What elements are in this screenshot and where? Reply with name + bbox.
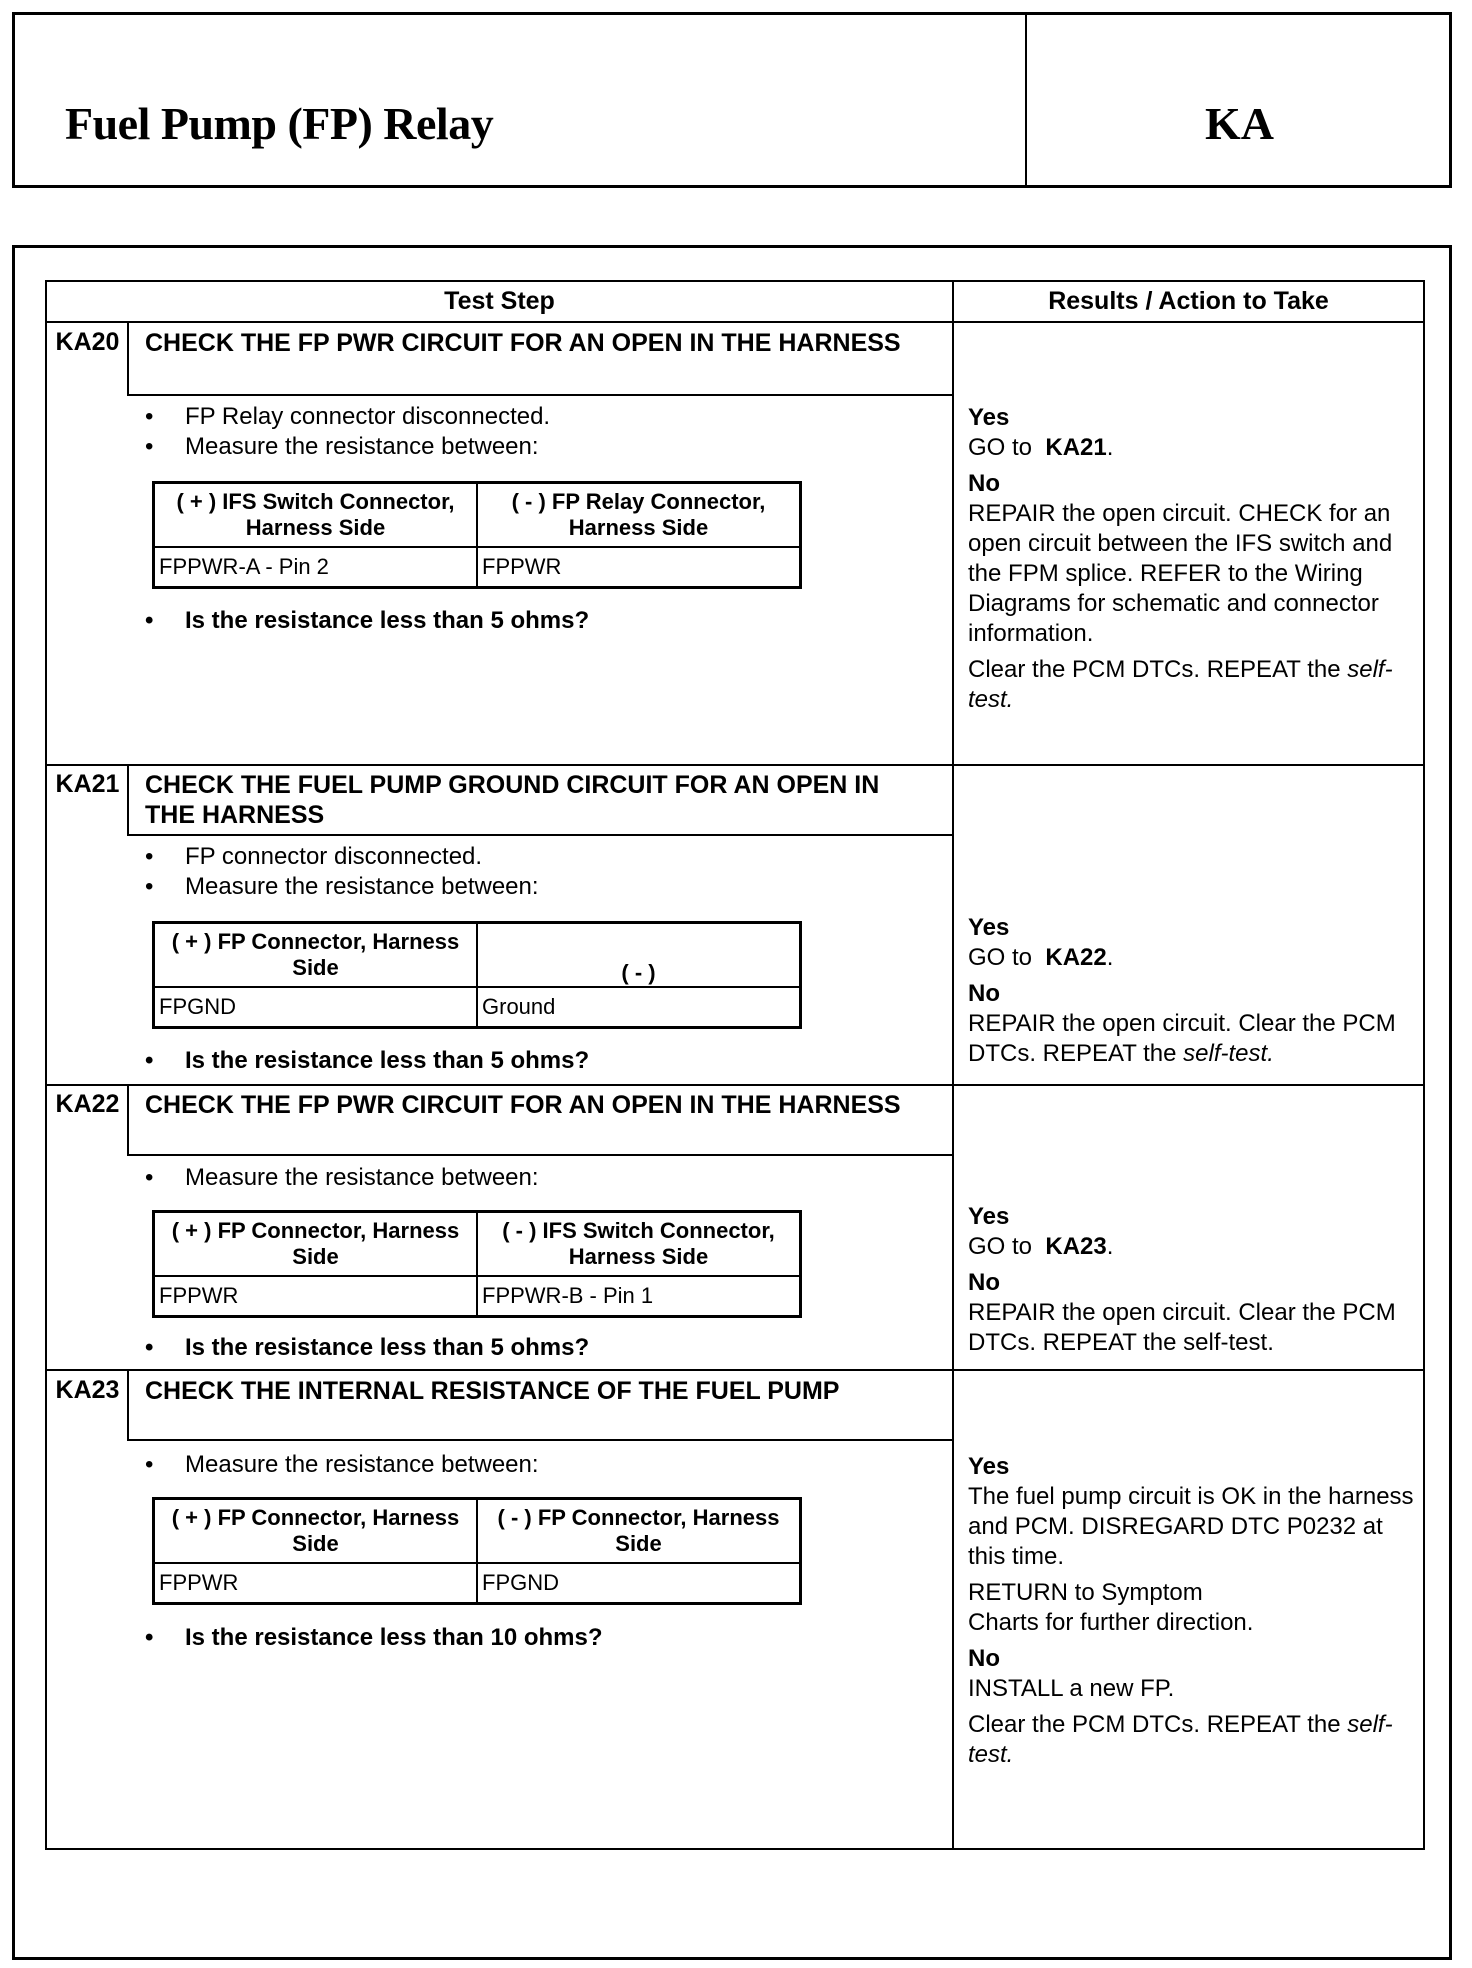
step-id-divider: [127, 765, 129, 835]
step-id-divider: [127, 1085, 129, 1155]
measurement-table: ( + ) IFS Switch Connector, Harness Side…: [152, 481, 802, 589]
step-id: KA22: [47, 1090, 128, 1119]
step-rule: [45, 1084, 1425, 1086]
measure-plus-value: FPPWR-A - Pin 2: [154, 547, 478, 588]
column-divider: [952, 280, 954, 1850]
measure-minus-value: FPGND: [477, 1563, 801, 1604]
column-header-results: Results / Action to Take: [954, 280, 1423, 322]
step-id: KA20: [47, 328, 128, 357]
step-title: CHECK THE FP PWR CIRCUIT FOR AN OPEN IN …: [145, 328, 935, 358]
measurement-table: ( + ) FP Connector, Harness Side ( - ) F…: [152, 1497, 802, 1605]
step-rule: [45, 1369, 1425, 1371]
measure-minus-header: ( - ) FP Connector, Harness Side: [477, 1499, 801, 1564]
step-question: •Is the resistance less than 5 ohms?: [145, 1333, 589, 1363]
measurement-table: ( + ) FP Connector, Harness Side ( - ) I…: [152, 1210, 802, 1318]
measure-minus-value: Ground: [477, 987, 801, 1028]
step-bullet: •Measure the resistance between:: [145, 432, 539, 462]
step-title-rule: [127, 1439, 953, 1441]
step-bullet: •FP Relay connector disconnected.: [145, 402, 550, 432]
no-label: No: [968, 469, 1418, 499]
step-id: KA21: [47, 770, 128, 799]
goto-link[interactable]: KA22: [1045, 944, 1106, 971]
step-result: YesGO to KA23. NoREPAIR the open circuit…: [968, 1202, 1418, 1364]
no-label: No: [968, 1644, 1418, 1674]
step-id: KA23: [47, 1376, 128, 1405]
measure-plus-value: FPGND: [154, 987, 478, 1028]
yes-label: Yes: [968, 1202, 1418, 1232]
section-code: KA: [1027, 97, 1452, 150]
measure-plus-header: ( + ) FP Connector, Harness Side: [154, 1212, 478, 1277]
step-bullet: •Measure the resistance between:: [145, 1163, 539, 1193]
measurement-table: ( + ) FP Connector, Harness Side ( - ) F…: [152, 921, 802, 1029]
measure-minus-header: ( - ) IFS Switch Connector, Harness Side: [477, 1212, 801, 1277]
step-title-rule: [127, 394, 953, 396]
page-title: Fuel Pump (FP) Relay: [65, 97, 493, 150]
measure-plus-header: ( + ) FP Connector, Harness Side: [154, 1499, 478, 1564]
measure-minus-header: ( - ): [477, 923, 801, 988]
measure-plus-header: ( + ) FP Connector, Harness Side: [154, 923, 478, 988]
measure-plus-header: ( + ) IFS Switch Connector, Harness Side: [154, 483, 478, 548]
step-result: YesGO to KA21. NoREPAIR the open circuit…: [968, 403, 1418, 721]
step-title: CHECK THE FUEL PUMP GROUND CIRCUIT FOR A…: [145, 770, 935, 830]
yes-label: Yes: [968, 403, 1418, 433]
step-question: •Is the resistance less than 10 ohms?: [145, 1623, 603, 1653]
step-result: YesGO to KA22. NoREPAIR the open circuit…: [968, 913, 1418, 1075]
measure-plus-value: FPPWR: [154, 1563, 478, 1604]
goto-link[interactable]: KA21: [1045, 434, 1106, 461]
step-title-rule: [127, 834, 953, 836]
step-bullet: •FP connector disconnected.: [145, 842, 482, 872]
measure-minus-value: FPPWR: [477, 547, 801, 588]
step-bullet: •Measure the resistance between:: [145, 872, 539, 902]
step-title: CHECK THE FP PWR CIRCUIT FOR AN OPEN IN …: [145, 1090, 935, 1120]
yes-label: Yes: [968, 1452, 1418, 1482]
page-header: Fuel Pump (FP) Relay KA: [12, 12, 1452, 188]
measure-minus-header: ( - ) FP Relay Connector, Harness Side: [477, 483, 801, 548]
header-rule: [45, 321, 1425, 323]
step-id-divider: [127, 322, 129, 395]
column-header-test-step: Test Step: [47, 280, 952, 322]
step-result: YesThe fuel pump circuit is OK in the ha…: [968, 1452, 1418, 1776]
yes-label: Yes: [968, 913, 1418, 943]
step-question: •Is the resistance less than 5 ohms?: [145, 606, 589, 636]
step-id-divider: [127, 1370, 129, 1440]
goto-link[interactable]: KA23: [1045, 1233, 1106, 1260]
step-question: •Is the resistance less than 5 ohms?: [145, 1046, 589, 1076]
step-bullet: •Measure the resistance between:: [145, 1450, 539, 1480]
step-title: CHECK THE INTERNAL RESISTANCE OF THE FUE…: [145, 1376, 935, 1406]
measure-plus-value: FPPWR: [154, 1276, 478, 1317]
measure-minus-value: FPPWR-B - Pin 1: [477, 1276, 801, 1317]
step-rule: [45, 764, 1425, 766]
step-title-rule: [127, 1154, 953, 1156]
no-label: No: [968, 979, 1418, 1009]
no-label: No: [968, 1268, 1418, 1298]
